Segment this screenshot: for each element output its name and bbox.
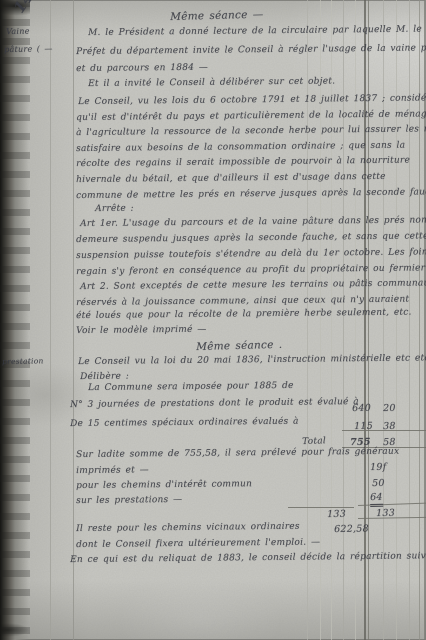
handwritten-line: Arrête : — [95, 204, 134, 214]
register-scan-page: 144Même séance —Même séance .Vainepâture… — [0, 0, 426, 640]
handwritten-line: N° 3 journées de prestations dont le pro… — [70, 397, 359, 410]
amount-cents: 20 — [383, 403, 396, 414]
margin-note: pâture ( — — [4, 44, 53, 54]
amount-value: 133 — [327, 509, 346, 520]
amount-value: 133 — [376, 508, 395, 519]
amount-value: 50 — [372, 478, 385, 489]
amount-value: 640 — [352, 403, 371, 414]
handwritten-line: suspension puisse toutefois s'étendre au… — [76, 247, 426, 261]
handwritten-line: hivernale du bétail, et que d'ailleurs i… — [76, 172, 386, 185]
ledger-column-line — [50, 0, 51, 640]
handwritten-line: imprimés et — — [76, 465, 149, 476]
handwritten-line: La Commune sera imposée pour 1885 de — [88, 381, 294, 393]
margin-note: Vaine — [6, 27, 30, 36]
handwritten-line: En ce qui est du reliquat de 1883, le co… — [70, 551, 426, 565]
amount-value: 115 — [354, 421, 373, 432]
handwritten-line: De 15 centimes spéciaux ordinaires évalu… — [70, 417, 299, 429]
amount-value: 19f — [370, 462, 387, 473]
section-heading: Même séance . — [196, 339, 282, 353]
handwritten-line: sur les prestations — — [76, 495, 182, 506]
section-heading: Même séance — — [170, 9, 264, 23]
amount-cents: 58 — [383, 437, 396, 448]
handwritten-line: Préfet du département invite le Conseil … — [76, 43, 426, 57]
handwritten-line: et du parcours en 1884 — — [76, 63, 208, 74]
handwritten-line: Délibère : — [80, 371, 129, 382]
margin-note: prestation — [2, 356, 44, 366]
ledger-column-line — [73, 0, 74, 640]
amount-value: 622,58 — [334, 523, 369, 535]
amount-cents: 38 — [383, 421, 396, 432]
handwritten-line: dont le Conseil fixera ultérieurement l'… — [76, 537, 320, 550]
amount-value: 64 — [370, 492, 383, 507]
handwritten-line: commune de mettre les prés en réserve ju… — [76, 187, 426, 201]
handwritten-line: Il reste pour les chemins vicinaux ordin… — [76, 522, 300, 534]
handwritten-line: Le Conseil, vu les lois du 6 octobre 179… — [78, 93, 426, 107]
handwritten-line: Art 1er. L'usage du parcours et de la va… — [80, 215, 426, 229]
handwritten-line: M. le Président a donné lecture de la ci… — [88, 25, 422, 38]
handwritten-line: demeure suspendu jusques après la second… — [76, 231, 426, 245]
handwritten-line: pour les chemins d'intérêt commun — [76, 479, 252, 491]
handwritten-line: Le Conseil vu la loi du 20 mai 1836, l'i… — [78, 353, 426, 367]
handwritten-line: à l'agriculture la ressource de la secon… — [76, 124, 426, 138]
handwritten-line: Et il a invité le Conseil à délibérer su… — [88, 76, 335, 89]
handwritten-line: qu'il est d'intérêt du pays et particuli… — [76, 109, 426, 123]
handwritten-line: Sur ladite somme de 755,58, il sera prél… — [76, 447, 399, 460]
handwritten-line: récolte des regains il serait impossible… — [76, 156, 410, 169]
amount-value: 755 — [350, 437, 371, 448]
handwritten-line: été loués que pour la récolte de la prem… — [76, 307, 412, 321]
handwritten-line: Voir le modèle imprimé — — [76, 325, 206, 336]
handwritten-line: Art 2. Sont exceptés de cette mesure les… — [80, 278, 426, 292]
handwritten-line: regain s'y feront en conséquence au prof… — [76, 263, 426, 277]
book-binding-edge — [0, 0, 30, 640]
total-label: Total — [302, 436, 326, 447]
handwritten-line: réservés à la jouissance commune, ainsi … — [76, 295, 409, 308]
